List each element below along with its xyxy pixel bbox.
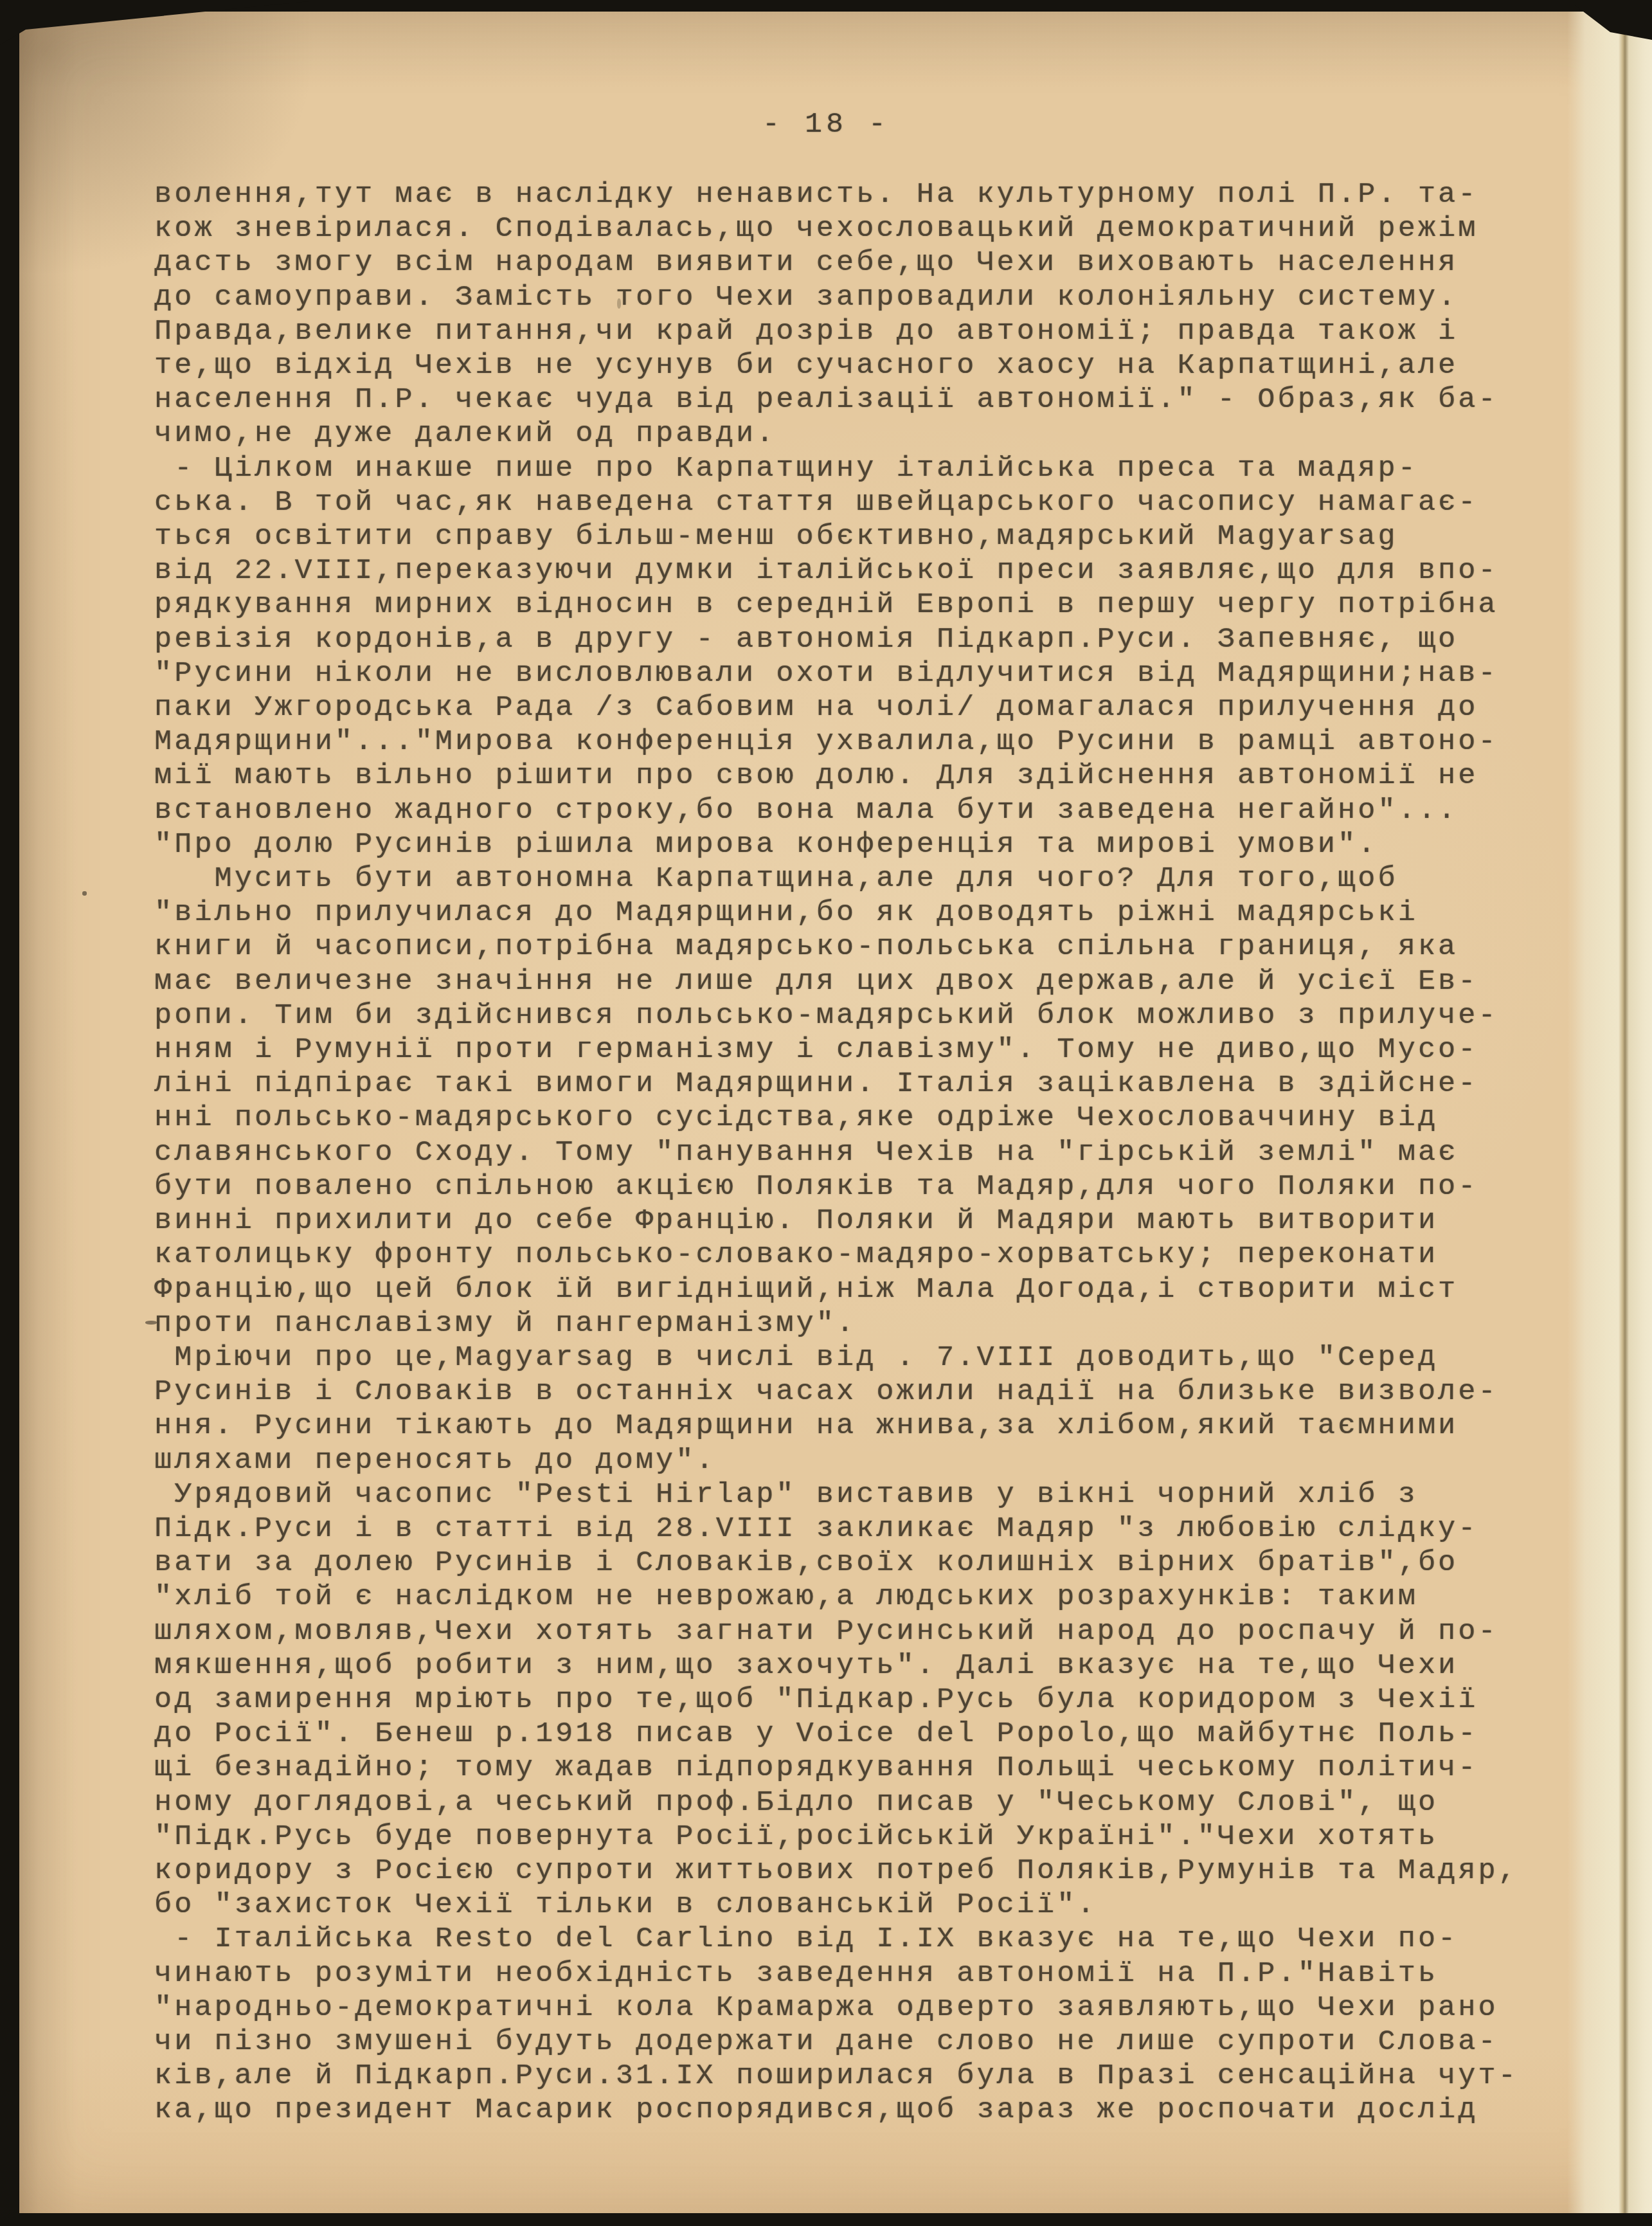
text-line: Мріючи про це,Magyarsag в числі від . 7.… [154, 1341, 1594, 1375]
text-line: встановлено жадного строку,бо вона мала … [154, 793, 1594, 828]
text-line: од замирення мріють про те,щоб "Підкар.Р… [154, 1683, 1594, 1717]
margin-dash-mark [145, 1321, 157, 1325]
text-line: має величезне значіння не лише для цих д… [154, 964, 1594, 999]
text-line: нні польсько-мадярського сусідства,яке о… [154, 1101, 1594, 1135]
text-line: нням і Румунії проти германізму і славіз… [154, 1033, 1594, 1067]
text-line: коридору з Росією супроти життьових потр… [154, 1854, 1594, 1888]
scan-background: - 18 - волення,тут має в наслідку ненави… [0, 0, 1652, 2226]
text-line: книги й часописи,потрібна мадярсько-поль… [154, 930, 1594, 964]
text-line: "хліб той є наслідком не неврожаю,а людс… [154, 1580, 1594, 1614]
text-line: ська. В той час,як наведена стаття швейц… [154, 485, 1594, 520]
document-page: - 18 - волення,тут має в наслідку ненави… [19, 12, 1652, 2213]
text-line: католицьку фронту польсько-словако-мадяр… [154, 1238, 1594, 1272]
scanned-document-screenshot: { "colors": { "paper": "#e5c99f", "ink":… [0, 0, 1652, 2226]
text-line: бути повалено спільною акцією Поляків та… [154, 1170, 1594, 1204]
text-line: Францію,що цей блок їй вигідніщий,ніж Ма… [154, 1272, 1594, 1307]
text-line: - Цілком инакше пише про Карпатщину італ… [154, 451, 1594, 485]
text-line: ка,що президент Масарик роспорядився,щоб… [154, 2093, 1594, 2127]
text-line: Русинів і Словаків в останніх часах ожил… [154, 1375, 1594, 1409]
text-line: кож зневірилася. Сподівалась,що чехослов… [154, 212, 1594, 246]
ink-speck [82, 891, 87, 896]
text-line: ному доглядові,а чеський проф.Бідло писа… [154, 1786, 1594, 1820]
text-line: бо "захисток Чехії тільки в слованській … [154, 1888, 1594, 1922]
text-line: "вільно прилучилася до Мадярщини,бо як д… [154, 896, 1594, 930]
text-line: Мадярщини"..."Мирова конференція ухвалил… [154, 725, 1594, 759]
page-number: - 18 - [154, 108, 1498, 141]
text-line: "Русини ніколи не висловлювали охоти від… [154, 656, 1594, 691]
text-line: ків,але й Підкарп.Руси.31.IX поширилася … [154, 2059, 1594, 2093]
text-line: шляхом,мовляв,Чехи хотять загнати Русинс… [154, 1615, 1594, 1649]
text-line: Мусить бути автономна Карпатщина,але для… [154, 862, 1594, 896]
text-line: чимо,не дуже далекий од правди. [154, 417, 1594, 451]
document-text: волення,тут має в наслідку ненависть. На… [154, 177, 1594, 2128]
text-line: ліні підпірає такі вимоги Мадярщини. Іта… [154, 1067, 1594, 1101]
text-line: "Підк.Русь буде повернута Росії,російськ… [154, 1820, 1594, 1854]
text-line: рядкування мирних відносин в середній Ев… [154, 588, 1594, 622]
text-line: "народньо-демократичні кола Крамаржа одв… [154, 1991, 1594, 2025]
text-line: - Італійська Resto del Carlino від I.IX … [154, 1922, 1594, 1956]
text-line: шляхами переносять до дому". [154, 1443, 1594, 1478]
text-line: Правда,велике питання,чи край дозрів до … [154, 314, 1594, 348]
text-line: від 22.VIII,переказуючи думки італійсько… [154, 554, 1594, 588]
text-line: паки Ужгородська Рада /з Сабовим на чолі… [154, 691, 1594, 725]
text-line: ропи. Тим би здійснився польсько-мадярсь… [154, 999, 1594, 1033]
text-line: Урядовий часопис "Pesti Hirlap" виставив… [154, 1478, 1594, 1512]
text-line: мії мають вільно рішити про свою долю. Д… [154, 759, 1594, 793]
text-line: славянського Сходу. Тому "панування Чехі… [154, 1136, 1594, 1170]
text-line: до Росії". Бенеш р.1918 писав у Voice de… [154, 1717, 1594, 1751]
paper-blemish [617, 298, 621, 309]
text-line: до самоуправи. Замість того Чехи запрова… [154, 280, 1594, 314]
text-line: щі безнадійно; тому жадав підпорядкуванн… [154, 1751, 1594, 1785]
text-line: вати за долею Русинів і Словаків,своїх к… [154, 1546, 1594, 1580]
text-line: ння. Русини тікають до Мадярщини на жнив… [154, 1409, 1594, 1443]
text-line: чинають розуміти необхідність заведення … [154, 1957, 1594, 1991]
text-line: волення,тут має в наслідку ненависть. На… [154, 177, 1594, 212]
text-line: ться освітити справу більш-менш обєктивн… [154, 520, 1594, 554]
text-line: чи пізно змушені будуть додержати дане с… [154, 2025, 1594, 2059]
text-line: Підк.Руси і в статті від 28.VIII заклика… [154, 1512, 1594, 1546]
text-line: дасть змогу всім народам виявити себе,що… [154, 246, 1594, 280]
text-line: "Про долю Русинів рішила мирова конферен… [154, 828, 1594, 862]
page-right-edge [1567, 12, 1652, 2213]
text-line: винні прихилити до себе Францію. Поляки … [154, 1204, 1594, 1238]
text-line: ревізія кордонів,а в другу - автономія П… [154, 622, 1594, 656]
text-line: мякшення,щоб робити з ним,що захочуть". … [154, 1649, 1594, 1683]
text-line: проти панславізму й пангерманізму". [154, 1307, 1594, 1341]
text-line: те,що відхід Чехів не усунув би сучасног… [154, 348, 1594, 383]
text-line: населення П.Р. чекає чуда від реалізації… [154, 383, 1594, 417]
